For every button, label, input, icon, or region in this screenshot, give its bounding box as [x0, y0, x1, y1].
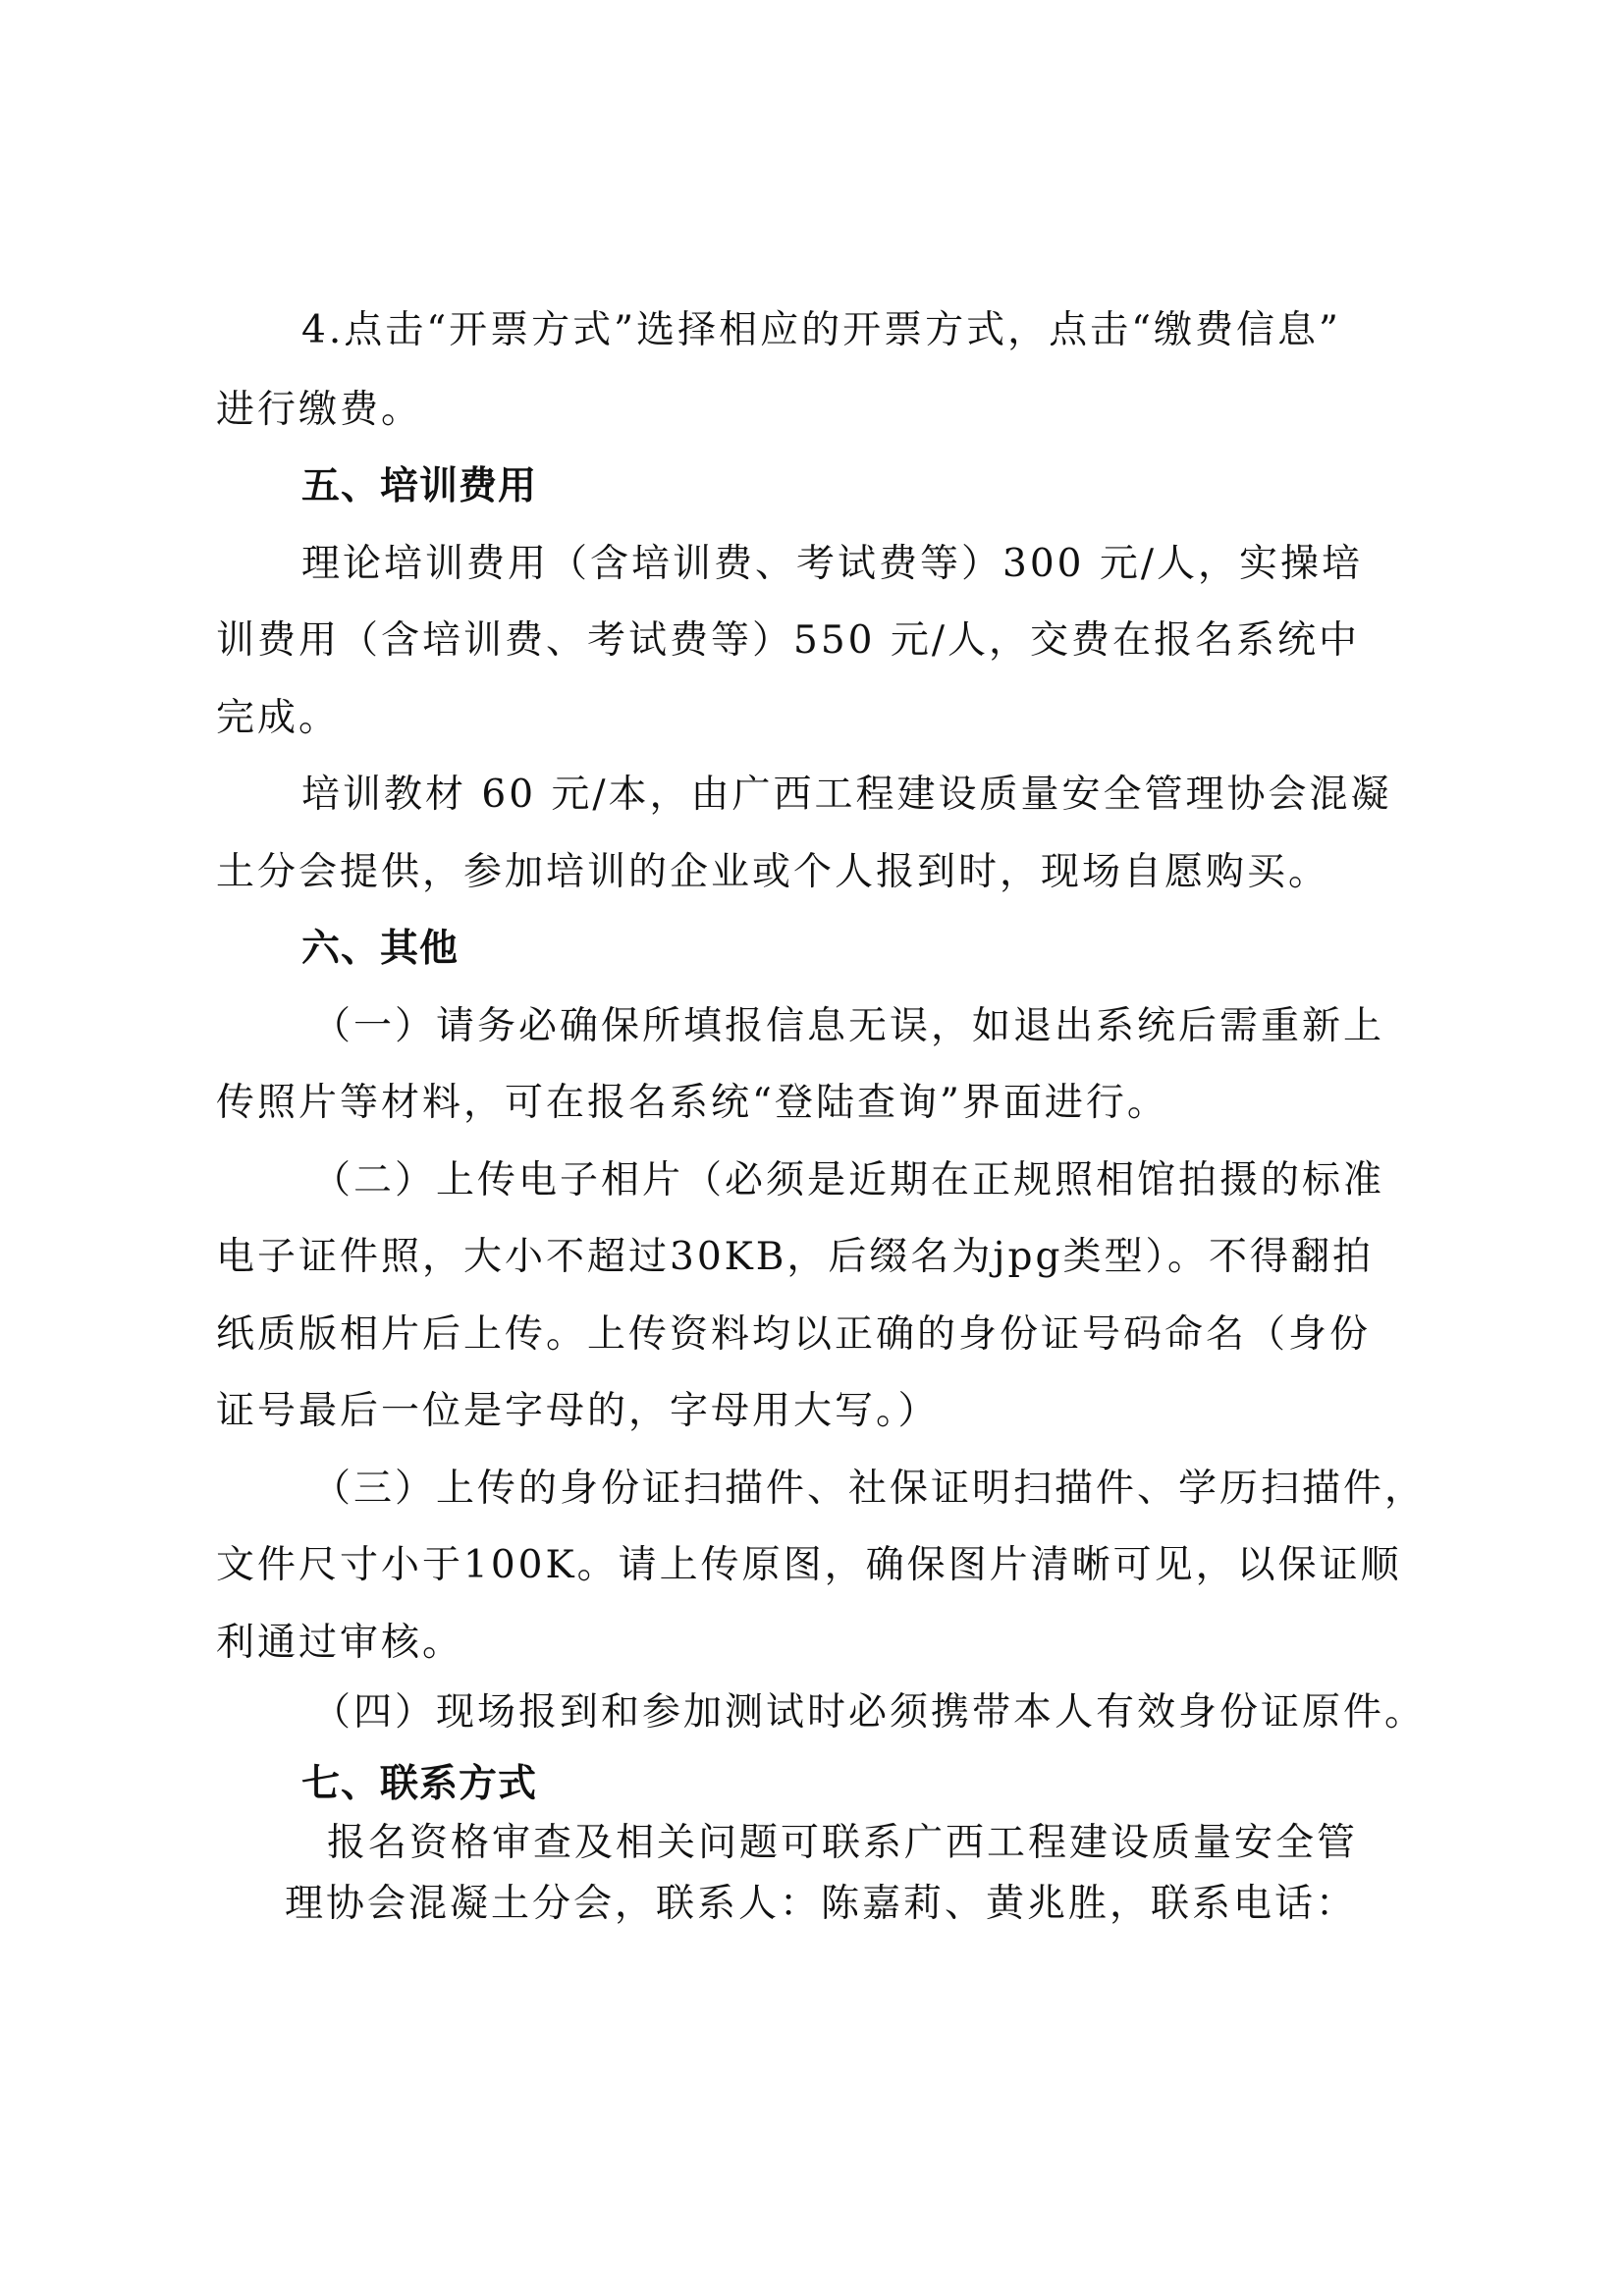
section6-item2-line4: 证号最后一位是字母的，字母用大写。） — [216, 1387, 940, 1436]
section6-item1-line1: （一）请务必确保所填报信息无误，如退出系统后需重新上 — [312, 1002, 1384, 1051]
section6-item2-line1: （二）上传电子相片（必须是近期在正规照相馆拍摄的标准 — [312, 1156, 1384, 1205]
step4-line1: 4.点击“开票方式”选择相应的开票方式，点击“缴费信息” — [301, 306, 1341, 355]
section6-item3-line2: 文件尺寸小于100K。请上传原图，确保图片清晰可见，以保证顺 — [216, 1541, 1402, 1590]
document-page: 4.点击“开票方式”选择相应的开票方式，点击“缴费信息” 进行缴费。 五、培训费… — [0, 0, 1624, 2296]
section5-heading: 五、培训费用 — [301, 462, 537, 511]
section5-para2-line2: 土分会提供，参加培训的企业或个人报到时，现场自愿购买。 — [216, 848, 1329, 897]
section6-item3-line1: （三）上传的身份证扫描件、社保证明扫描件、学历扫描件， — [312, 1465, 1426, 1514]
section5-para1-line1: 理论培训费用（含培训费、考试费等）300 元/人，实操培 — [301, 540, 1363, 589]
section6-item1-line2: 传照片等材料，可在报名系统“登陆查询”界面进行。 — [216, 1079, 1168, 1128]
section6-item3-line3: 利通过审核。 — [216, 1619, 463, 1668]
section6-item2-line3: 纸质版相片后上传。上传资料均以正确的身份证号码命名（身份 — [216, 1310, 1371, 1360]
section7-heading: 七、联系方式 — [301, 1760, 537, 1809]
section5-para1-line2: 训费用（含培训费、考试费等）550 元/人，交费在报名系统中 — [216, 616, 1360, 666]
section7-para1-line2: 理协会混凝土分会，联系人：陈嘉莉、黄兆胜，联系电话： — [285, 1880, 1357, 1929]
step4-line2: 进行缴费。 — [216, 386, 422, 435]
section6-heading: 六、其他 — [301, 925, 459, 974]
section7-para1-line1: 报名资格审查及相关问题可联系广西工程建设质量安全管 — [327, 1819, 1358, 1868]
section6-item4-line1: （四）现场报到和参加测试时必须携带本人有效身份证原件。 — [312, 1688, 1426, 1737]
section5-para1-line3: 完成。 — [216, 694, 340, 743]
section5-para2-line1: 培训教材 60 元/本，由广西工程建设质量安全管理协会混凝 — [301, 771, 1392, 820]
section6-item2-line2: 电子证件照，大小不超过30KB，后缀名为jpg类型）。不得翻拍 — [216, 1233, 1374, 1282]
